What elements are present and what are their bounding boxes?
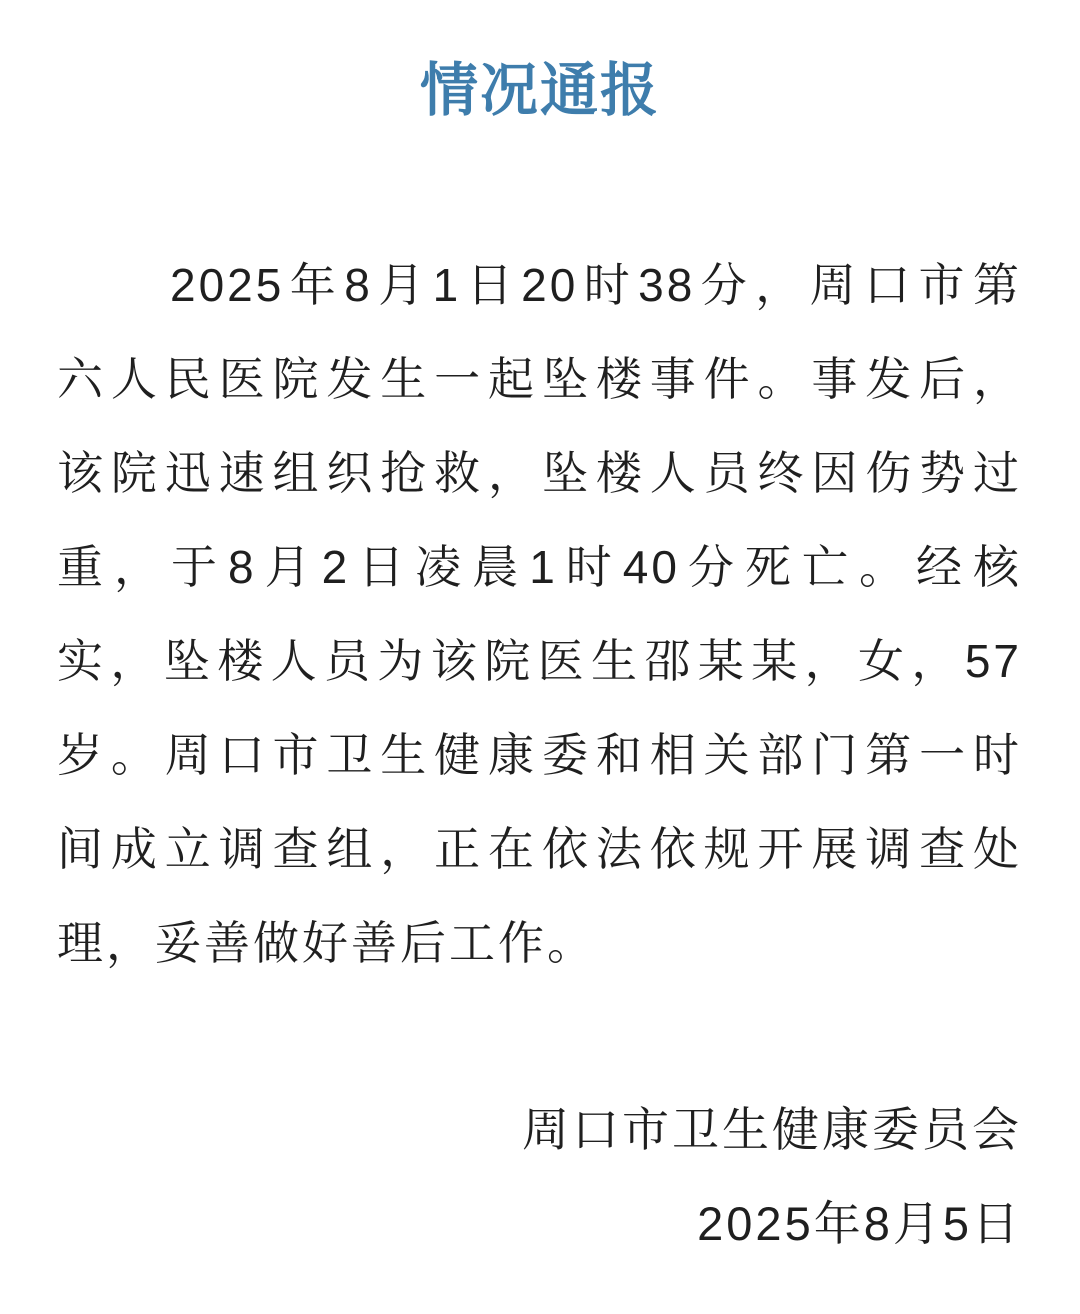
signature-org: 周口市卫生健康委员会 [57,1083,1022,1177]
body-line: 间成立调查组，正在依法依规开展调查处 [57,802,1022,896]
body-line: 六人民医院发生一起坠楼事件。事发后， [57,332,1022,426]
notice-document: 情况通报 2025年8月1日20时38分，周口市第 六人民医院发生一起坠楼事件。… [0,0,1080,1314]
notice-title: 情况通报 [0,44,1080,138]
body-line: 重，于8月2日凌晨1时40分死亡。经核 [57,520,1022,614]
body-line: 岁。周口市卫生健康委和相关部门第一时 [57,708,1022,802]
body-line: 实，坠楼人员为该院医生邵某某，女，57 [57,614,1022,708]
notice-body: 2025年8月1日20时38分，周口市第 六人民医院发生一起坠楼事件。事发后， … [57,238,1022,990]
body-line: 该院迅速组织抢救，坠楼人员终因伤势过 [57,426,1022,520]
body-line: 2025年8月1日20时38分，周口市第 [57,238,1022,332]
body-line: 理，妥善做好善后工作。 [57,896,1022,990]
signature-date: 2025年8月5日 [57,1177,1022,1271]
signature-block: 周口市卫生健康委员会 2025年8月5日 [57,1083,1022,1271]
